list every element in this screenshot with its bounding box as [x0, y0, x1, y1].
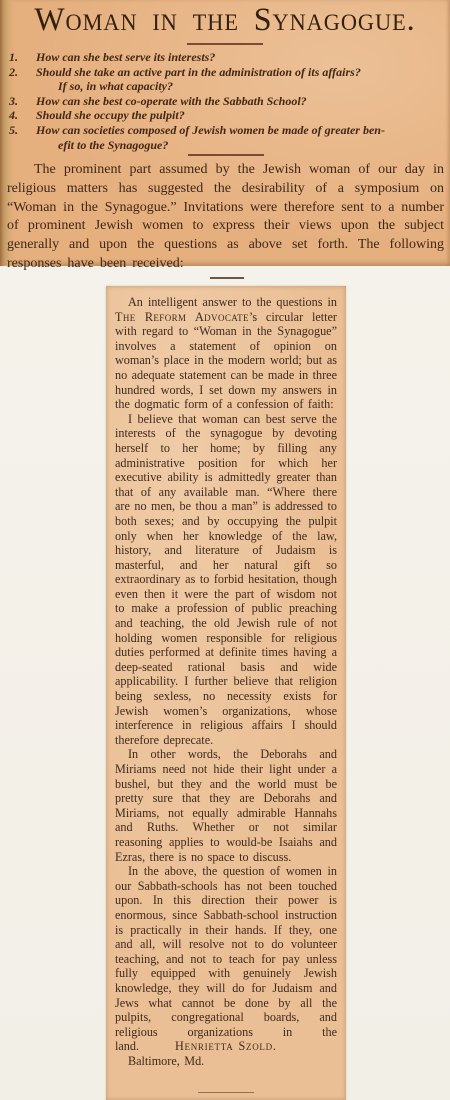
- masthead-section: Woman in the Synagogue. 1.How can she be…: [0, 0, 450, 266]
- question-text: How can societies composed of Jewish wom…: [36, 123, 445, 138]
- clipping-paragraph: In other words, the Deborahs and Miriams…: [115, 747, 337, 864]
- question-number: 3.: [9, 94, 36, 109]
- clipping-column: An intelligent answer to the questions i…: [106, 286, 346, 1100]
- question-item: 3.How can she best co-operate with the S…: [9, 94, 445, 109]
- question-text: If so, in what capacity?: [58, 79, 445, 94]
- question-text: How can she best serve its interests?: [36, 50, 445, 65]
- intro-paragraph: The prominent part assumed by the Jewish…: [7, 161, 444, 274]
- clipping-paragraph: In the above, the question of women in o…: [115, 864, 337, 1054]
- clipping-top-rule: [210, 277, 244, 279]
- page-title: Woman in the Synagogue.: [7, 2, 444, 39]
- question-number: 4.: [9, 108, 36, 123]
- clipping-bottom-rule: [198, 1092, 254, 1093]
- question-text: Should she take an active part in the ad…: [36, 65, 445, 80]
- questions-list: 1.How can she best serve its interests?2…: [9, 50, 445, 152]
- question-text: Should she occupy the pulpit?: [36, 108, 445, 123]
- closing-place: Baltimore, Md.: [115, 1054, 337, 1069]
- clipping-body: An intelligent answer to the questions i…: [115, 295, 337, 1054]
- title-rule: [187, 43, 263, 45]
- question-item: 1.How can she best serve its interests?: [9, 50, 445, 65]
- clipping-paragraph: I believe that woman can best serve the …: [115, 412, 337, 748]
- question-text: efit to the Synagogue?: [58, 138, 445, 153]
- signature: Henrietta Szold.: [175, 1039, 277, 1053]
- clipping-paragraph: An intelligent answer to the questions i…: [115, 295, 337, 412]
- question-text: How can she best co-operate with the Sab…: [36, 94, 445, 109]
- question-number: 2.: [9, 65, 36, 94]
- question-number: 5.: [9, 123, 36, 152]
- scanned-page: Woman in the Synagogue. 1.How can she be…: [0, 0, 450, 1100]
- question-number: 1.: [9, 50, 36, 65]
- question-item: 5.How can societies composed of Jewish w…: [9, 123, 445, 152]
- question-item: 4.Should she occupy the pulpit?: [9, 108, 445, 123]
- intro-rule: [188, 154, 264, 156]
- question-item: 2.Should she take an active part in the …: [9, 65, 445, 94]
